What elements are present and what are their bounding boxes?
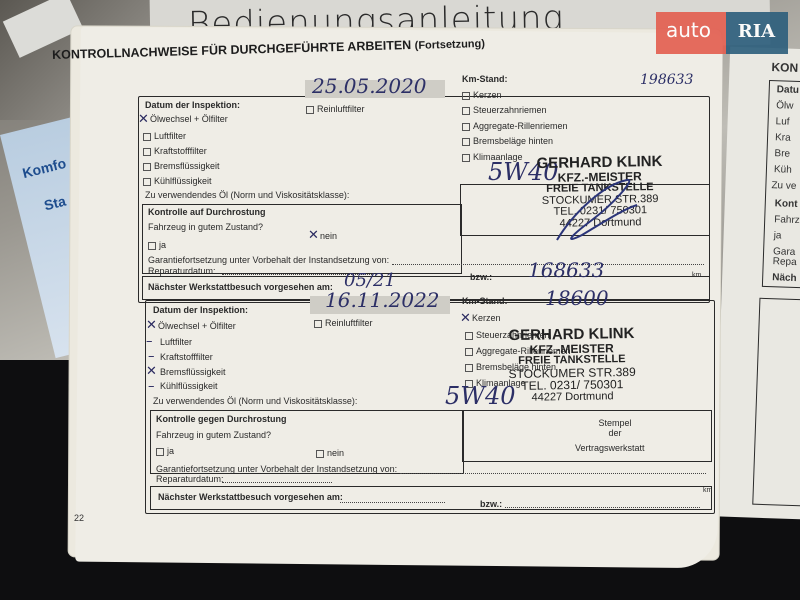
check-mark-icon: ✕ xyxy=(138,112,149,127)
repair-date-label: Reparaturdatum: xyxy=(156,474,224,484)
check-mark-icon: ✕ xyxy=(460,311,471,326)
checklist-item-label: Steuerzahnriemen xyxy=(473,105,547,115)
checkbox[interactable] xyxy=(156,448,164,456)
checklist-item-label: Luftfilter xyxy=(154,131,186,141)
right-page-text: Repa xyxy=(773,256,797,268)
next-visit-field[interactable] xyxy=(340,502,445,503)
checklist-item[interactable]: Kraftstofffilter xyxy=(143,146,207,156)
checkbox[interactable] xyxy=(316,450,324,458)
yes-option[interactable]: ja xyxy=(148,240,166,250)
checklist-item[interactable]: Kühlflüssigkeit xyxy=(160,381,218,391)
checklist-item[interactable]: Aggregate-Rillenriemen xyxy=(462,121,568,131)
warranty-field[interactable] xyxy=(400,473,706,474)
km-unit: km xyxy=(703,487,712,494)
watermark-auto: auto xyxy=(656,12,726,54)
signature-icon xyxy=(552,175,642,250)
condition-question: Fahrzeug in gutem Zustand? xyxy=(156,430,271,440)
check-mark-icon: – xyxy=(148,379,155,394)
km-value: 198633 xyxy=(640,72,693,88)
checklist-item[interactable]: Reinluftfilter xyxy=(314,318,373,328)
warranty-label: Garantiefortsetzung unter Vorbehalt der … xyxy=(156,464,397,474)
stamp-placeholder-line: der xyxy=(590,428,640,438)
checklist-item-label: Kerzen xyxy=(473,90,502,100)
checkbox[interactable] xyxy=(143,133,151,141)
checklist-item[interactable]: Ölwechsel + Ölfilter xyxy=(150,114,228,124)
checkbox[interactable] xyxy=(143,148,151,156)
checklist-item[interactable]: Reinluftfilter xyxy=(306,104,365,114)
km-unit: km xyxy=(692,272,701,279)
checklist-item-label: Reinluftfilter xyxy=(317,104,365,114)
right-page-text: Zu ve xyxy=(771,180,796,192)
checkbox[interactable] xyxy=(462,123,470,131)
right-page-text: Bre xyxy=(774,148,790,160)
page-title-suffix: (Fortsetzung) xyxy=(415,38,486,52)
right-page-box-2 xyxy=(752,298,800,507)
yes-label: ja xyxy=(159,240,166,250)
bzw-label: bzw.: xyxy=(470,272,492,282)
checkbox[interactable] xyxy=(462,154,470,162)
inspection-date-label: Datum der Inspektion: xyxy=(153,305,248,315)
yes-option[interactable]: ja xyxy=(156,446,174,456)
no-label: nein xyxy=(327,448,344,458)
no-option[interactable]: nein xyxy=(316,448,344,458)
bzw-label: bzw.: xyxy=(480,499,502,509)
right-page-text: Luf xyxy=(775,116,789,127)
check-mark-icon: – xyxy=(146,334,153,349)
checkbox[interactable] xyxy=(462,92,470,100)
watermark-ria: RIA xyxy=(726,12,788,54)
right-page-title: KON xyxy=(771,60,798,75)
stamp-placeholder-line: Vertragswerkstatt xyxy=(575,443,645,453)
checklist-item[interactable]: Kraftstofffilter xyxy=(160,352,213,362)
right-page-text: Datu xyxy=(777,84,800,96)
stamp-placeholder-line: Stempel xyxy=(590,418,640,428)
repair-date-label: Reparaturdatum: xyxy=(148,266,216,276)
rust-check-title: Kontrolle auf Durchrostung xyxy=(148,207,266,217)
warranty-label: Garantiefortsetzung unter Vorbehalt der … xyxy=(148,255,389,265)
checkbox[interactable] xyxy=(462,138,470,146)
check-mark-icon: ✕ xyxy=(146,364,157,379)
checklist-item[interactable]: Luftfilter xyxy=(143,131,186,141)
checklist-item-label: Bremsbeläge hinten xyxy=(473,136,553,146)
checklist-item[interactable]: Kühlflüssigkeit xyxy=(143,176,212,186)
oil-label: Zu verwendendes Öl (Norm und Viskositäts… xyxy=(153,396,357,406)
condition-question: Fahrzeug in gutem Zustand? xyxy=(148,222,263,232)
checkbox[interactable] xyxy=(465,364,473,372)
bzw-value: 168633 xyxy=(528,258,604,282)
checklist-item-label: Kraftstofffilter xyxy=(154,146,207,156)
workshop-stamp: GERHARD KLINK KFZ.-MEISTER FREIE TANKSTE… xyxy=(491,326,652,405)
right-page-text: Kra xyxy=(775,132,791,144)
checkbox[interactable] xyxy=(465,348,473,356)
rust-check-title: Kontrolle gegen Durchrostung xyxy=(156,414,287,424)
checklist-item[interactable]: Bremsbeläge hinten xyxy=(462,136,553,146)
no-option[interactable]: nein xyxy=(320,231,337,241)
check-mark-icon: ✕ xyxy=(146,318,157,333)
checkbox[interactable] xyxy=(148,242,156,250)
next-visit-label: Nächster Werkstattbesuch vorgesehen am: xyxy=(148,282,333,292)
yes-label: ja xyxy=(167,446,174,456)
inspection-date-value: 16.11.2022 xyxy=(325,288,440,312)
checklist-item-label: Kühlflüssigkeit xyxy=(154,176,212,186)
check-mark-icon: ✕ xyxy=(308,228,319,243)
page-number: 22 xyxy=(74,513,84,523)
checklist-item[interactable]: Luftfilter xyxy=(160,337,192,347)
stamp-box xyxy=(462,410,712,462)
repair-date-field[interactable] xyxy=(222,482,332,483)
checklist-item-label: Reinluftfilter xyxy=(325,318,373,328)
km-label: Km-Stand: xyxy=(462,296,508,306)
right-page-text: Näch xyxy=(772,272,797,284)
checklist-item[interactable]: Bremsflüssigkeit xyxy=(143,161,220,171)
right-page-text: ja xyxy=(773,230,781,241)
checkbox[interactable] xyxy=(462,107,470,115)
checklist-item-label: Bremsflüssigkeit xyxy=(154,161,220,171)
right-page-text: Kont xyxy=(775,198,798,210)
checkbox[interactable] xyxy=(143,163,151,171)
checklist-item[interactable]: Steuerzahnriemen xyxy=(462,105,547,115)
right-page-text: Küh xyxy=(774,164,792,176)
checklist-item-label: Aggregate-Rillenriemen xyxy=(473,121,568,131)
inspection-date-value: 25.05.2020 xyxy=(312,74,427,98)
right-page-text: Ölw xyxy=(776,100,794,112)
checkbox[interactable] xyxy=(465,332,473,340)
checkbox[interactable] xyxy=(143,178,151,186)
stamp-placeholder: Stempel der xyxy=(590,418,640,438)
checkbox[interactable] xyxy=(306,106,314,114)
bzw-field[interactable] xyxy=(505,507,700,508)
checklist-item[interactable]: Ölwechsel + Ölfilter xyxy=(158,321,236,331)
checkbox[interactable] xyxy=(314,320,322,328)
next-visit-label: Nächster Werkstattbesuch vorgesehen am: xyxy=(158,492,343,502)
check-mark-icon: – xyxy=(148,349,155,364)
checklist-item[interactable]: Kerzen xyxy=(462,90,502,100)
right-page: KON Datu Ölw Luf Kra Bre Küh Zu ve Kont … xyxy=(714,47,800,520)
inspection-date-label: Datum der Inspektion: xyxy=(145,100,240,110)
checklist-item[interactable]: Bremsflüssigkeit xyxy=(160,367,226,377)
km-label: Km-Stand: xyxy=(462,74,508,84)
oil-label: Zu verwendendes Öl (Norm und Viskositäts… xyxy=(145,190,349,200)
right-page-text: Fahrz xyxy=(774,214,800,226)
checklist-item[interactable]: Kerzen xyxy=(472,313,501,323)
autoria-watermark: auto RIA xyxy=(656,12,788,54)
km-value: 18600 xyxy=(545,286,609,310)
